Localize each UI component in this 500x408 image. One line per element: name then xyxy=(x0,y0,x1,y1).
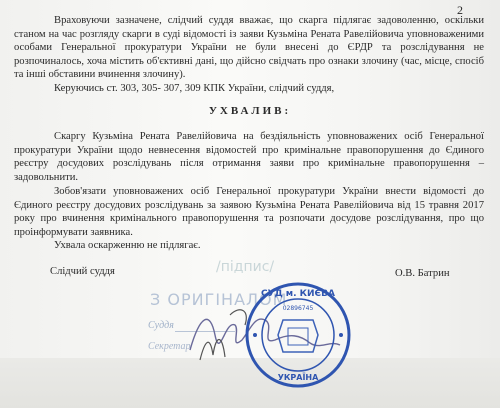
ruling-heading: УХВАЛИВ: xyxy=(0,105,500,117)
paragraph-reasoning: Враховуючи зазначене, слідчий суддя вваж… xyxy=(14,14,484,82)
court-seal-icon: СУД м. КИЄВА УКРАЇНА 02896745 xyxy=(243,280,353,390)
signature-name: О.В. Батрин xyxy=(395,268,450,279)
paragraph-obligation: Зобов'язати уповноважених осіб Генеральн… xyxy=(14,185,484,239)
document-page: 2 Враховуючи зазначене, слідчий суддя вв… xyxy=(0,0,500,408)
svg-text:СУД м. КИЄВА: СУД м. КИЄВА xyxy=(261,289,335,299)
signature-placeholder: /підпис/ xyxy=(216,259,274,275)
paragraph-ruling: Скаргу Кузьміна Рената Равелійовича на б… xyxy=(14,130,484,184)
paragraph-legal-basis: Керуючись ст. 303, 305- 307, 309 КПК Укр… xyxy=(14,82,484,96)
paragraph-no-appeal: Ухвала оскарженню не підлягає. xyxy=(14,239,484,253)
svg-text:УКРАЇНА: УКРАЇНА xyxy=(278,372,319,382)
svg-text:02896745: 02896745 xyxy=(283,305,314,312)
certification-judge-label: Суддя xyxy=(148,320,174,331)
signature-role: Слідчий суддя xyxy=(50,266,115,277)
